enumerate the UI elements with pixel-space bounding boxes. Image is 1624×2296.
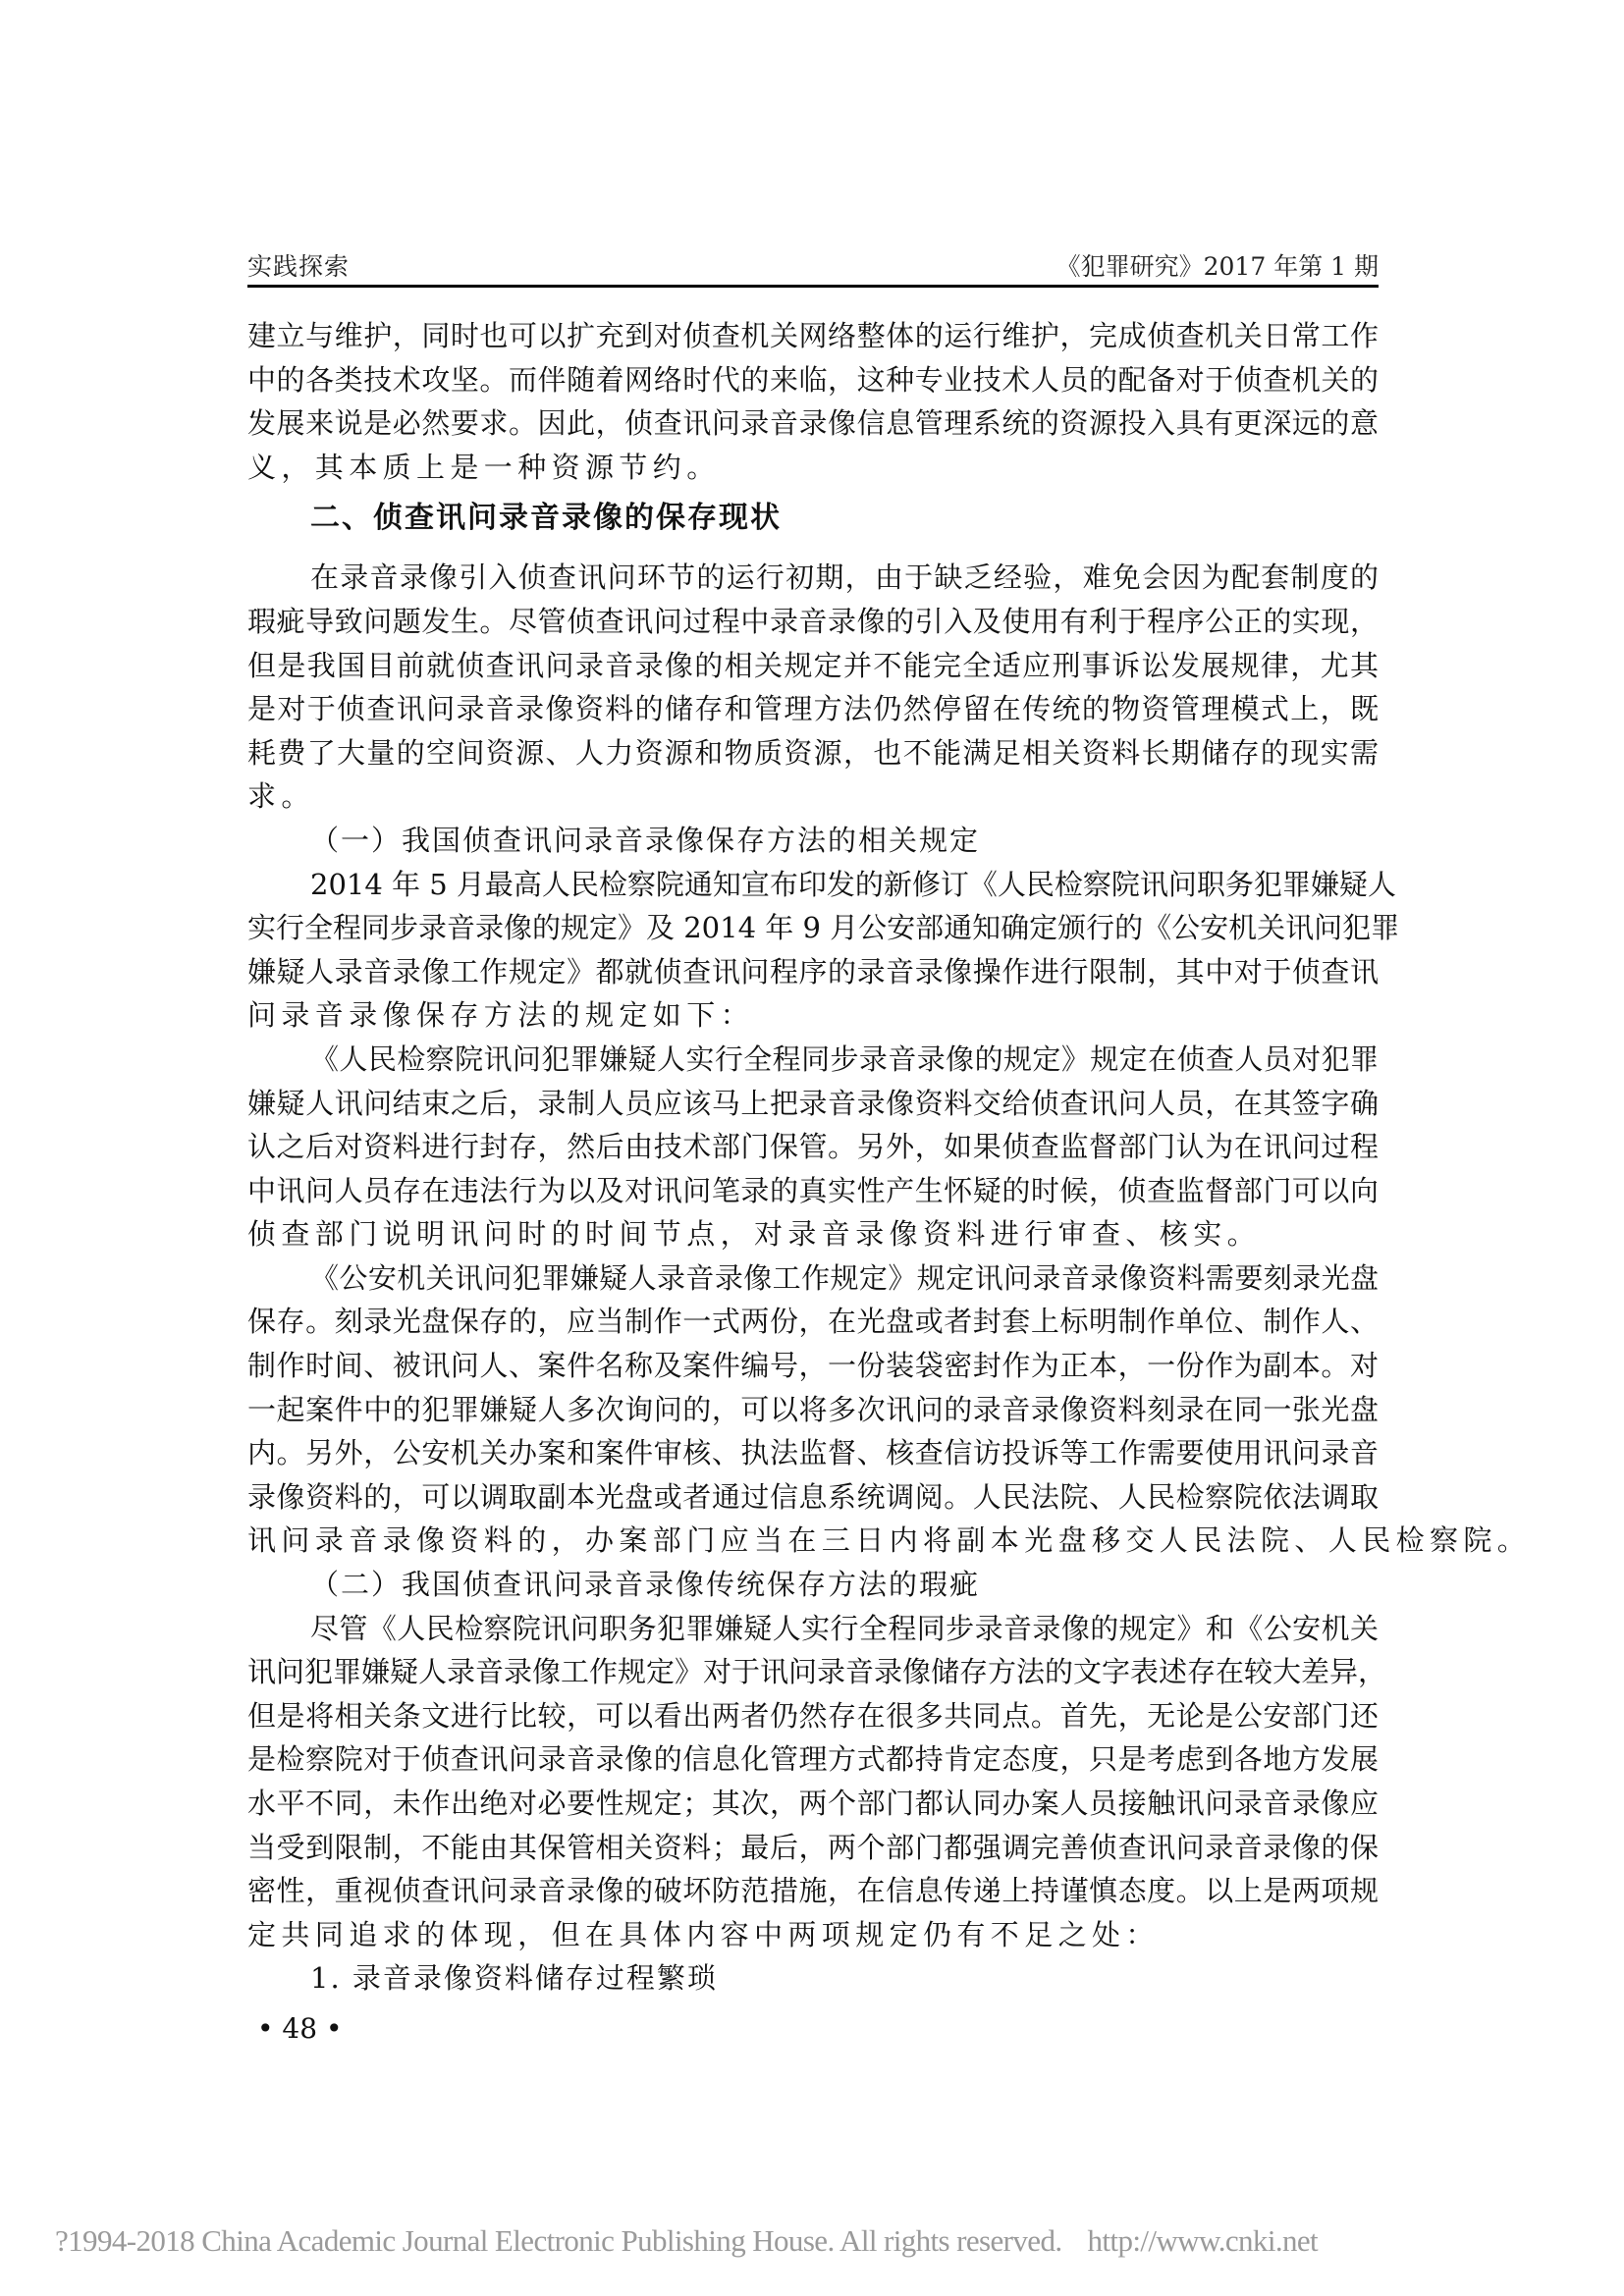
header-rule xyxy=(247,285,1379,288)
running-head: 实践探索 《犯罪研究》2017 年第 1 期 xyxy=(247,251,1379,283)
subsection-heading: （二）我国侦查讯问录音录像传统保存方法的瑕疵 xyxy=(247,1563,1379,1607)
text-line: 但是我国目前就侦查讯问录音录像的相关规定并不能完全适应刑事诉讼发展规律，尤其 xyxy=(247,644,1379,688)
paragraph: 尽管《人民检察院讯问职务犯罪嫌疑人实行全程同步录音录像的规定》和《公安机关 讯问… xyxy=(247,1607,1379,1957)
page-number: • 48 • xyxy=(257,2012,342,2046)
text-line: 问录音录像保存方法的规定如下： xyxy=(247,993,1379,1038)
text-line: 嫌疑人讯问结束之后，录制人员应该马上把录音录像资料交给侦查讯问人员，在其签字确 xyxy=(247,1082,1379,1126)
text-line: 2014 年 5 月最高人民检察院通知宣布印发的新修订《人民检察院讯问职务犯罪嫌… xyxy=(247,863,1379,907)
text-line: 中的各类技术攻坚。而伴随着网络时代的来临，这种专业技术人员的配备对于侦查机关的 xyxy=(247,358,1379,402)
journal-issue: 《犯罪研究》2017 年第 1 期 xyxy=(1056,251,1379,283)
text-line: 密性，重视侦查讯问录音录像的破坏防范措施，在信息传递上持谨慎态度。以上是两项规 xyxy=(247,1869,1379,1913)
text-line: 定共同追求的体现，但在具体内容中两项规定仍有不足之处： xyxy=(247,1913,1379,1957)
text-line: 讯问录音录像资料的，办案部门应当在三日内将副本光盘移交人民法院、人民检察院。 xyxy=(247,1519,1379,1563)
text-line: 保存。刻录光盘保存的，应当制作一式两份，在光盘或者封套上标明制作单位、制作人、 xyxy=(247,1300,1379,1344)
text-line: 瑕疵导致问题发生。尽管侦查讯问过程中录音录像的引入及使用有利于程序公正的实现， xyxy=(247,600,1379,644)
section-heading: 二、侦查讯问录音录像的保存现状 xyxy=(247,497,1379,540)
text-line: 中讯问人员存在违法行为以及对讯问笔录的真实性产生怀疑的时候，侦查监督部门可以向 xyxy=(247,1169,1379,1213)
text-line: 内。另外，公安机关办案和案件审核、执法监督、核查信访投诉等工作需要使用讯问录音 xyxy=(247,1431,1379,1475)
source-url: http://www.cnki.net xyxy=(1088,2223,1319,2258)
text-line: 义，其本质上是一种资源节约。 xyxy=(247,446,1379,490)
list-item-heading: 1. 录音录像资料储存过程繁琐 xyxy=(247,1956,1379,2001)
paragraph-continued: 建立与维护，同时也可以扩充到对侦查机关网络整体的运行维护，完成侦查机关日常工作 … xyxy=(247,314,1379,489)
text-line: 录像资料的，可以调取副本光盘或者通过信息系统调阅。人民法院、人民检察院依法调取 xyxy=(247,1475,1379,1520)
text-line: 耗费了大量的空间资源、人力资源和物质资源，也不能满足相关资料长期储存的现实需 xyxy=(247,731,1379,775)
text-line: 发展来说是必然要求。因此，侦查讯问录音录像信息管理系统的资源投入具有更深远的意 xyxy=(247,401,1379,446)
text-line: 求。 xyxy=(247,774,1379,819)
text-line: 一起案件中的犯罪嫌疑人多次询问的，可以将多次讯问的录音录像资料刻录在同一张光盘 xyxy=(247,1388,1379,1432)
article-body: 建立与维护，同时也可以扩充到对侦查机关网络整体的运行维护，完成侦查机关日常工作 … xyxy=(247,314,1379,2001)
copyright-text: ?1994-2018 China Academic Journal Electr… xyxy=(55,2223,1062,2258)
text-line: 讯问犯罪嫌疑人录音录像工作规定》对于讯问录音录像储存方法的文字表述存在较大差异， xyxy=(247,1650,1379,1694)
text-line: 尽管《人民检察院讯问职务犯罪嫌疑人实行全程同步录音录像的规定》和《公安机关 xyxy=(247,1607,1379,1651)
text-line: 建立与维护，同时也可以扩充到对侦查机关网络整体的运行维护，完成侦查机关日常工作 xyxy=(247,314,1379,358)
text-line: 嫌疑人录音录像工作规定》都就侦查讯问程序的录音录像操作进行限制，其中对于侦查讯 xyxy=(247,950,1379,994)
text-line: 但是将相关条文进行比较，可以看出两者仍然存在很多共同点。首先，无论是公安部门还 xyxy=(247,1694,1379,1738)
text-line: 制作时间、被讯问人、案件名称及案件编号，一份装袋密封作为正本，一份作为副本。对 xyxy=(247,1344,1379,1388)
paragraph: 2014 年 5 月最高人民检察院通知宣布印发的新修订《人民检察院讯问职务犯罪嫌… xyxy=(247,863,1379,1038)
paragraph: 《公安机关讯问犯罪嫌疑人录音录像工作规定》规定讯问录音录像资料需要刻录光盘 保存… xyxy=(247,1256,1379,1563)
text-line: 是检察院对于侦查讯问录音录像的信息化管理方式都持肯定态度，只是考虑到各地方发展 xyxy=(247,1737,1379,1782)
text-line: 实行全程同步录音录像的规定》及 2014 年 9 月公安部通知确定颁行的《公安机… xyxy=(247,906,1379,950)
text-line: 《公安机关讯问犯罪嫌疑人录音录像工作规定》规定讯问录音录像资料需要刻录光盘 xyxy=(247,1256,1379,1301)
section-label: 实践探索 xyxy=(247,251,350,283)
text-line: 在录音录像引入侦查讯问环节的运行初期，由于缺乏经验，难免会因为配套制度的 xyxy=(247,556,1379,600)
subsection-heading: （一）我国侦查讯问录音录像保存方法的相关规定 xyxy=(247,819,1379,863)
scan-corner-mark xyxy=(6,0,12,8)
text-line: 《人民检察院讯问犯罪嫌疑人实行全程同步录音录像的规定》规定在侦查人员对犯罪 xyxy=(247,1038,1379,1082)
text-line: 当受到限制，不能由其保管相关资料；最后，两个部门都强调完善侦查讯问录音录像的保 xyxy=(247,1826,1379,1870)
text-line: 是对于侦查讯问录音录像资料的储存和管理方法仍然停留在传统的物资管理模式上，既 xyxy=(247,687,1379,731)
paragraph: 在录音录像引入侦查讯问环节的运行初期，由于缺乏经验，难免会因为配套制度的 瑕疵导… xyxy=(247,556,1379,819)
copyright-footer: ?1994-2018 China Academic Journal Electr… xyxy=(55,2222,1318,2260)
text-line: 侦查部门说明讯问时的时间节点，对录音录像资料进行审查、核实。 xyxy=(247,1212,1379,1256)
paragraph: 《人民检察院讯问犯罪嫌疑人实行全程同步录音录像的规定》规定在侦查人员对犯罪 嫌疑… xyxy=(247,1038,1379,1256)
text-line: 认之后对资料进行封存，然后由技术部门保管。另外，如果侦查监督部门认为在讯问过程 xyxy=(247,1125,1379,1169)
text-line: 水平不同，未作出绝对必要性规定；其次，两个部门都认同办案人员接触讯问录音录像应 xyxy=(247,1782,1379,1826)
